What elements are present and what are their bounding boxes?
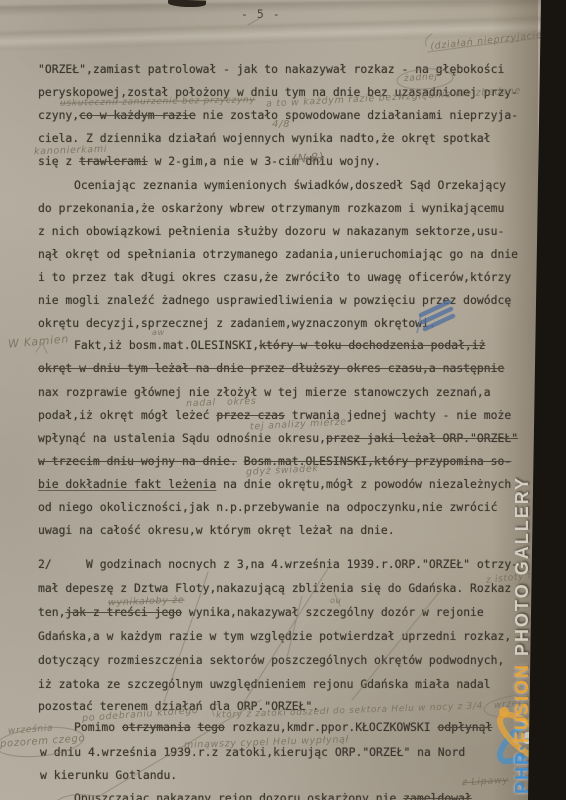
page-number: - 5 - xyxy=(241,7,281,21)
typed-line: 2/ W godzinach nocnych z 3,na 4.września… xyxy=(38,558,518,571)
handwritten-annotation: uskutecznił zanurzenie bez przyczyny xyxy=(60,96,256,108)
typed-text-marked: odpłynął xyxy=(437,720,492,734)
typed-line: Pomimo otrzymania tego rozkazu,kmdr.ppor… xyxy=(74,721,492,734)
typed-line: okręt w dniu tym leżał na dnie przez dłu… xyxy=(38,362,504,375)
handwritten-annotation: ou xyxy=(330,597,341,605)
typed-text: z nich obowiązkowi pełnienia służby dozo… xyxy=(38,224,504,238)
photo-dark-edge-fragment xyxy=(168,0,206,8)
typed-line: w kierunku Gotlandu. xyxy=(40,769,177,782)
handwritten-annotation: żadnej xyxy=(404,73,438,84)
handwritten-annotation: z Lipawy xyxy=(462,776,509,788)
typed-text: wynika,nakazywał szczególny dozór w rejo… xyxy=(182,605,484,619)
typed-text: Fakt,iż bosm.mat.OLESINSKI, xyxy=(74,338,259,352)
typed-line: okrętu decyzji,sprzecznej z zadaniem,wyz… xyxy=(38,317,436,330)
typed-text: na dnie okrętu,mógł z powodów niezależny… xyxy=(216,477,511,491)
typed-text-marked: który w toku dochodzenia podał,iż xyxy=(259,338,485,352)
typed-text-marked: bie dokładnie fakt leżenia xyxy=(38,477,216,491)
handwritten-annotation: gdyż świadek xyxy=(246,464,319,477)
handwritten-annotation: (№8) xyxy=(292,151,325,165)
typed-line: bie dokładnie fakt leżenia na dnie okręt… xyxy=(38,478,511,491)
handwritten-annotation: wynikałoby że xyxy=(108,596,185,608)
handwritten-annotation: W Kamien xyxy=(8,333,70,349)
typed-line: od niego okoliczności,jak n.p.przebywani… xyxy=(38,501,497,514)
typed-text: w 2-gim,a nie w 3-cim dniu wojny. xyxy=(148,154,381,168)
typed-text-marked: trawlerami xyxy=(79,154,148,168)
typed-text: wpłynąć na ustalenia Sądu odnośnie okres… xyxy=(38,431,326,445)
handwritten-annotation: (działań nieprzyjaciela xyxy=(430,30,553,52)
typed-text-marked: tego xyxy=(197,720,224,734)
typed-text: uwagi na całość okresu,w którym okręt le… xyxy=(38,523,395,537)
typed-line: ten,jak z treści jego wynika,nakazywał s… xyxy=(38,606,484,619)
typed-line: Opuszczając nakazany rejon dozoru,oskarż… xyxy=(74,792,472,800)
typed-text: dotyczący rozmieszczenia sektorów poszcz… xyxy=(38,653,504,667)
typed-text-marked: okręt w dniu tym leżał na dnie przez dłu… xyxy=(38,361,504,375)
typed-line: dotyczący rozmieszczenia sektorów poszcz… xyxy=(38,654,504,667)
typed-line: i to przez tak długi okres czasu,że zwró… xyxy=(38,271,511,284)
typed-text-marked: zameldował xyxy=(403,791,472,800)
typed-text: Oceniając zeznania wymienionych świadków… xyxy=(74,178,506,192)
typed-line: z nich obowiązkowi pełnienia służby dozo… xyxy=(38,225,504,238)
typed-line: nax rozprawie głównej nie złożył w tej m… xyxy=(38,386,491,399)
handwritten-annotation: kanonierkami xyxy=(34,145,107,157)
typed-text: nie mogli znaleźć żadnego usprawiedliwie… xyxy=(38,293,511,307)
watermark-suffix: PHOTO GALLERY xyxy=(512,476,532,663)
typed-text: nax rozprawie głównej nie złożył w tej m… xyxy=(38,385,491,399)
typed-text-marked: co w każdym razie xyxy=(79,108,196,122)
handwritten-annotation: aw xyxy=(152,329,165,337)
typed-text: Opuszczając nakazany rejon dozoru,oskarż… xyxy=(74,791,403,800)
photo-gallery-watermark: PHP·FUSION PHOTO GALLERY xyxy=(512,476,533,794)
typed-text: iż zatoka ze szczególnym uwzględnieniem … xyxy=(38,677,491,691)
typed-line: do przekonania,że oskarżony wbrew otrzym… xyxy=(38,202,504,215)
typed-line: nął okręt od spełniania otrzymanego zada… xyxy=(38,248,518,261)
typed-line: Fakt,iż bosm.mat.OLESINSKI,który w toku … xyxy=(74,339,485,352)
typed-text-marked: przez jaki leżał ORP."ORZEŁ" xyxy=(326,431,518,445)
typed-text: ten, xyxy=(38,605,65,619)
typed-text-marked: otrzymania xyxy=(122,720,191,734)
typed-text: Gdańska,a w każdym razie w tym względzie… xyxy=(38,629,511,643)
typed-text: nął okręt od spełniania otrzymanego zada… xyxy=(38,247,518,261)
typed-line: Oceniając zeznania wymienionych świadków… xyxy=(74,179,506,192)
typed-line: uwagi na całość okresu,w którym okręt le… xyxy=(38,524,395,537)
watermark-brand-fusion: FUSION xyxy=(512,663,532,743)
paper-crease xyxy=(0,0,566,16)
handwritten-annotation: nadal okres xyxy=(186,397,257,409)
typed-text: czyny, xyxy=(38,108,79,122)
typed-text: od niego okoliczności,jak n.p.przebywani… xyxy=(38,500,497,514)
typed-text: i to przez tak długi okres czasu,że zwró… xyxy=(38,270,511,284)
watermark-brand-php: PHP· xyxy=(512,743,532,794)
typed-line: mał depeszę z Dztwa Floty,nakazującą zbl… xyxy=(38,582,511,595)
typed-text: nie zostało spowodowane działaniami niep… xyxy=(196,108,518,122)
typed-line: się z trawlerami w 2-gim,a nie w 3-cim d… xyxy=(38,155,381,168)
typed-text: mał depeszę z Dztwa Floty,nakazującą zbl… xyxy=(38,581,511,595)
typed-line: nie mogli znaleźć żadnego usprawiedliwie… xyxy=(38,294,511,307)
typed-line: iż zatoka ze szczególnym uwzględnieniem … xyxy=(38,678,491,691)
handwritten-annotation: 4/8 xyxy=(272,120,290,130)
scanned-document-photo: - 5 - "ORZEŁ",zamiast patrolował - jak t… xyxy=(0,0,566,800)
typed-text: w kierunku Gotlandu. xyxy=(40,768,177,782)
typed-text: 2/ W godzinach nocnych z 3,na 4.września… xyxy=(38,557,518,571)
typed-line: Gdańska,a w każdym razie w tym względzie… xyxy=(38,630,511,643)
typed-text: podał,iż okręt mógł leżeć xyxy=(38,408,216,422)
typed-text: rozkazu,kmdr.ppor.KŁOCZKOWSKI xyxy=(225,720,438,734)
typed-text: okrętu decyzji,sprzecznej z zadaniem,wyz… xyxy=(38,316,436,330)
typed-text xyxy=(237,454,244,468)
typed-text-marked: w trzecim dniu wojny na dnie. xyxy=(38,454,237,468)
typed-text: do przekonania,że oskarżony wbrew otrzym… xyxy=(38,201,504,215)
typed-line: wpłynąć na ustalenia Sądu odnośnie okres… xyxy=(38,432,518,445)
